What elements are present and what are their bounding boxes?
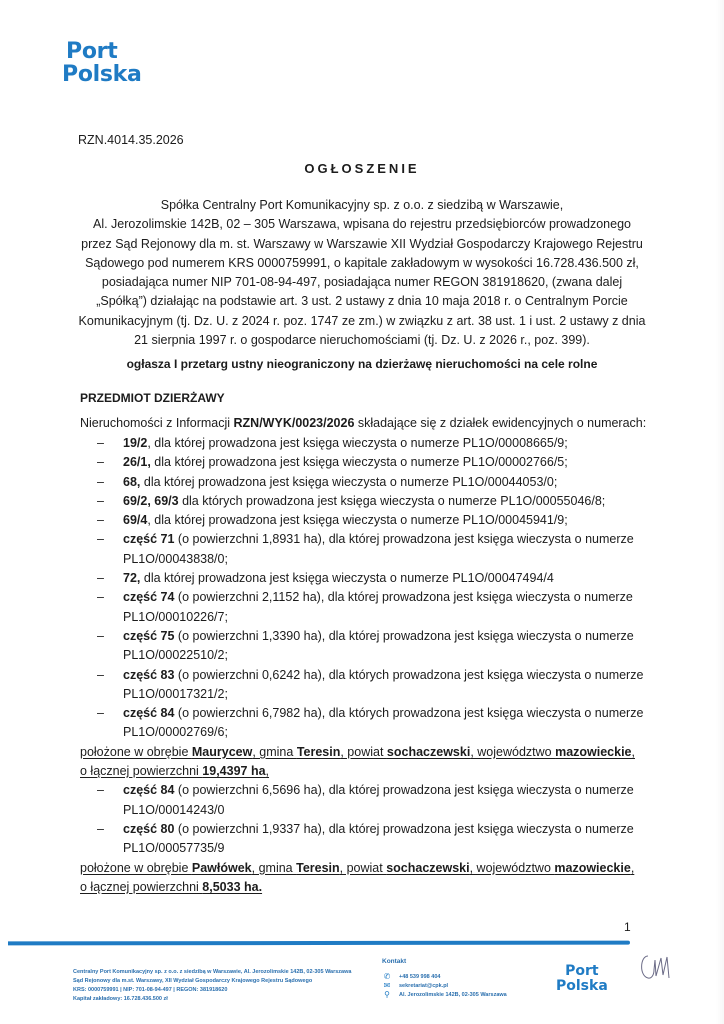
scan-edge bbox=[716, 0, 724, 1024]
intro-line: Al. Jerozolimskie 142B, 02 – 305 Warszaw… bbox=[78, 215, 646, 234]
parcel-item: –część 84 (o powierzchni 6,5696 ha), dla… bbox=[80, 781, 644, 820]
announcement: ogłasza I przetarg ustny nieograniczony … bbox=[0, 357, 724, 371]
document-title: OGŁOSZENIE bbox=[0, 161, 724, 176]
phone-icon: ✆ bbox=[382, 972, 392, 981]
logo-line-1: Port bbox=[62, 40, 142, 63]
dash-bullet: – bbox=[97, 569, 104, 588]
dash-bullet: – bbox=[97, 627, 104, 646]
section-lead: Nieruchomości z Informacji RZN/WYK/0023/… bbox=[80, 416, 660, 430]
dash-bullet: – bbox=[97, 588, 104, 607]
footer-contact: Kontakt ✆ +48 539 998 404 ✉ sekretariat@… bbox=[382, 958, 507, 999]
intro-line: 21 sierpnia 1997 r. o gospodarce nieruch… bbox=[78, 331, 646, 350]
parcel-item: –19/2, dla której prowadzona jest księga… bbox=[80, 434, 644, 453]
parcel-item: –część 71 (o powierzchni 1,8931 ha), dla… bbox=[80, 530, 644, 569]
page-number: 1 bbox=[624, 920, 631, 934]
intro-line: przez Sąd Rejonowy dla m. st. Warszawy w… bbox=[78, 235, 646, 254]
dash-bullet: – bbox=[97, 492, 104, 511]
location-pin-icon: ⚲ bbox=[382, 990, 392, 999]
parcel-item: –część 84 (o powierzchni 6,7982 ha), dla… bbox=[80, 704, 644, 743]
dash-bullet: – bbox=[97, 704, 104, 723]
parcel-list: –19/2, dla której prowadzona jest księga… bbox=[80, 434, 644, 897]
port-polska-logo: Port Polska bbox=[62, 40, 142, 86]
dash-bullet: – bbox=[97, 434, 104, 453]
parcel-item: –69/4, dla której prowadzona jest księga… bbox=[80, 511, 644, 530]
parcel-item: –część 80 (o powierzchni 1,9337 ha), dla… bbox=[80, 820, 644, 859]
dash-bullet: – bbox=[97, 530, 104, 549]
footer-company-info: Centralny Port Komunikacyjny sp. z o.o. … bbox=[73, 968, 351, 1004]
footer-logo: Port Polska bbox=[556, 964, 608, 994]
intro-line: Komunikacyjnym (tj. Dz. U. z 2024 r. poz… bbox=[78, 312, 646, 331]
contact-heading: Kontakt bbox=[382, 958, 507, 965]
parcel-item: –69/2, 69/3 dla których prowadzona jest … bbox=[80, 492, 644, 511]
dash-bullet: – bbox=[97, 666, 104, 685]
mail-icon: ✉ bbox=[382, 981, 392, 990]
intro-line: „Spółką”) działając na podstawie art. 3 … bbox=[78, 292, 646, 311]
parcel-item: –część 83 (o powierzchni 0,6242 ha), dla… bbox=[80, 666, 644, 705]
intro-line: posiadająca numer NIP 701-08-94-497, pos… bbox=[78, 273, 646, 292]
location-summary-1: położone w obrębie Maurycew, gmina Teres… bbox=[80, 743, 644, 782]
dash-bullet: – bbox=[97, 473, 104, 492]
parcel-item: –68, dla której prowadzona jest księga w… bbox=[80, 473, 644, 492]
contact-address: ⚲ Al. Jerozolimskie 142B, 02-305 Warszaw… bbox=[382, 990, 507, 999]
contact-email[interactable]: ✉ sekretariat@cpk.pl bbox=[382, 981, 507, 990]
section-heading: PRZEDMIOT DZIERŻAWY bbox=[80, 391, 225, 405]
location-summary-2: położone w obrębie Pawłówek, gmina Teres… bbox=[80, 859, 644, 898]
dash-bullet: – bbox=[97, 820, 104, 839]
dash-bullet: – bbox=[97, 781, 104, 800]
parcel-item: –część 74 (o powierzchni 2,1152 ha), dla… bbox=[80, 588, 644, 627]
intro-line: Sądowego pod numerem KRS 0000759991, o k… bbox=[78, 254, 646, 273]
dash-bullet: – bbox=[97, 453, 104, 472]
information-number: RZN/WYK/0023/2026 bbox=[234, 416, 355, 430]
parcel-item: –część 75 (o powierzchni 1,3390 ha), dla… bbox=[80, 627, 644, 666]
logo-line-2: Polska bbox=[62, 63, 142, 86]
reference-number: RZN.4014.35.2026 bbox=[78, 133, 184, 147]
handwritten-initials bbox=[636, 948, 686, 984]
dash-bullet: – bbox=[97, 511, 104, 530]
parcel-item: –26/1, dla której prowadzona jest księga… bbox=[80, 453, 644, 472]
contact-phone[interactable]: ✆ +48 539 998 404 bbox=[382, 972, 507, 981]
intro-paragraph: Spółka Centralny Port Komunikacyjny sp. … bbox=[78, 196, 646, 350]
parcel-item: –72, dla której prowadzona jest księga w… bbox=[80, 569, 644, 588]
intro-line: Spółka Centralny Port Komunikacyjny sp. … bbox=[78, 196, 646, 215]
footer-divider bbox=[8, 941, 630, 946]
